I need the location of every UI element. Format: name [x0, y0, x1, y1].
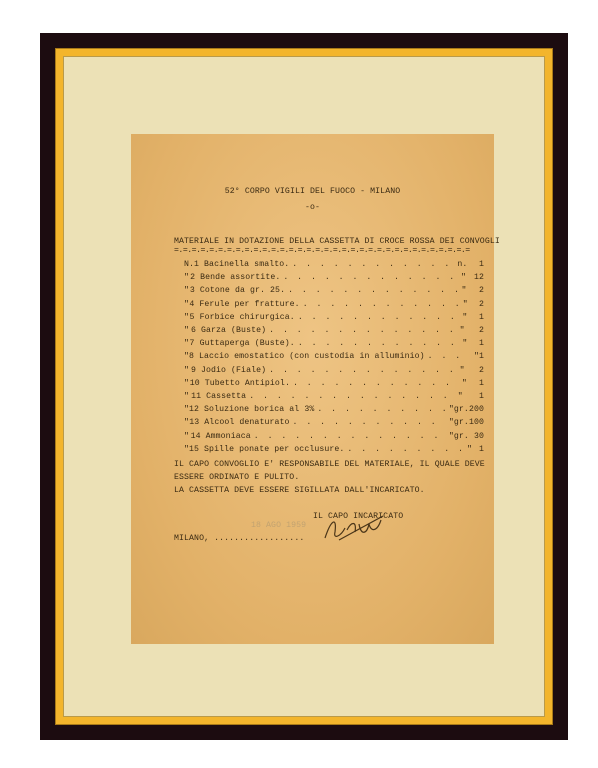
item-label: Bacinella smalto. — [204, 260, 289, 269]
item-unit: n. — [457, 260, 467, 269]
note-line: IL CAPO CONVOGLIO E' RESPONSABILE DEL MA… — [174, 458, 485, 471]
item-label: Ferule per fratture. — [199, 300, 299, 309]
leader-dots: . . . . . . . . . . . . . . . . . . . . … — [293, 418, 446, 427]
picture-frame: 52° CORPO VIGILI DEL FUOCO - MILANO -o- … — [40, 33, 568, 740]
leader-dots: . . . . . . . . . . . . . . . . . . . . … — [303, 300, 460, 309]
leader-dots: . . . . . . . . . . . . . . . . . . . . … — [269, 366, 457, 375]
leader-dots: . . . . . . . . . . . . . . . . . . . . … — [254, 432, 446, 441]
item-number: 15 — [189, 445, 199, 454]
item-quantity: gr.100 — [454, 418, 484, 427]
leader-dots: . . . . . . . . . . . . . . . . . . . . … — [288, 286, 458, 295]
item-number: 14 — [191, 432, 201, 441]
item-number: 7 — [190, 339, 195, 348]
item-quantity: 2 — [466, 286, 484, 295]
item-quantity: 1 — [467, 260, 484, 269]
item-quantity: 1 — [467, 313, 484, 322]
item-mark: " — [184, 392, 191, 401]
item-label: Guttaperga (Buste). — [200, 339, 295, 348]
item-label: Jodio (Fiale) — [201, 366, 266, 375]
item-quantity: 2 — [465, 366, 484, 375]
item-quantity: 1 — [463, 392, 484, 401]
item-label: Spille ponate per occlusure. — [204, 445, 344, 454]
document-title: MATERIALE IN DOTAZIONE DELLA CASSETTA DI… — [174, 237, 500, 246]
list-item: "2Bende assortite.. . . . . . . . . . . … — [184, 271, 484, 284]
item-number: 13 — [189, 418, 199, 427]
list-item: "4Ferule per fratture.. . . . . . . . . … — [184, 298, 484, 311]
item-number: 6 — [190, 326, 196, 335]
place-line: MILANO, .................. — [174, 534, 304, 543]
leader-dots: . . . . . . . . . . . . . . . . . . . . … — [317, 405, 446, 414]
item-quantity: 2 — [468, 300, 484, 309]
item-list: N.1Bacinella smalto.. . . . . . . . . . … — [184, 258, 484, 456]
date-stamp: 18 AGO 1959 — [251, 521, 306, 530]
typed-document: 52° CORPO VIGILI DEL FUOCO - MILANO -o- … — [131, 134, 494, 644]
leader-dots: . . . . . . . . . . . . . . . . . . . . … — [347, 445, 464, 454]
list-item: "3Cotone da gr. 25.. . . . . . . . . . .… — [184, 284, 484, 297]
item-mark: " — [184, 432, 191, 441]
item-mark: N. — [184, 260, 194, 269]
item-number: 4 — [189, 300, 194, 309]
item-label: Laccio emostatico (con custodia in allum… — [199, 352, 425, 361]
item-quantity: 2 — [465, 326, 484, 335]
list-item: "14Ammoniaca. . . . . . . . . . . . . . … — [184, 429, 484, 442]
item-label: Alcool denaturato — [204, 418, 289, 427]
title-rule: =.=.=.=.=.=.=.=.=.=.=.=.=.=.=.=.=.=.=.=.… — [174, 246, 470, 255]
note-line: LA CASSETTA DEVE ESSERE SIGILLATA DALL'I… — [174, 484, 485, 497]
leader-dots: . . . . . . . . . . . . . . . . . . . . … — [292, 260, 454, 269]
item-quantity: gr.200 — [454, 405, 484, 414]
leader-dots: . . . . . . . . . . . . . . . . . . . . … — [283, 273, 458, 282]
item-quantity: gr. 30 — [454, 432, 484, 441]
list-item: "7Guttaperga (Buste).. . . . . . . . . .… — [184, 337, 484, 350]
item-label: Ammoniaca — [206, 432, 251, 441]
leader-dots: . . . . . . . . . . . . . . . . . . . . … — [293, 379, 459, 388]
leader-dots: . . . . . . . . . . . . . . . . . . . . … — [249, 392, 455, 401]
item-number: 12 — [189, 405, 199, 414]
list-item: N.1Bacinella smalto.. . . . . . . . . . … — [184, 258, 484, 271]
item-quantity: 1 — [479, 352, 484, 361]
item-label: Cassetta — [206, 392, 246, 401]
item-label: Forbice chirurgica. — [200, 313, 295, 322]
item-quantity: 1 — [467, 379, 484, 388]
item-quantity: 1 — [467, 339, 484, 348]
item-number: 8 — [189, 352, 194, 361]
list-item: "11Cassetta. . . . . . . . . . . . . . .… — [184, 390, 484, 403]
item-label: Bende assortite. — [200, 273, 280, 282]
leader-dots: . . . . . . . . . . . . . . . . . . . . … — [428, 352, 471, 361]
document-header: 52° CORPO VIGILI DEL FUOCO - MILANO — [131, 187, 494, 196]
list-item: "15Spille ponate per occlusure.. . . . .… — [184, 443, 484, 456]
notes: IL CAPO CONVOGLIO E' RESPONSABILE DEL MA… — [174, 458, 485, 497]
item-quantity: 1 — [472, 445, 484, 454]
mat-board: 52° CORPO VIGILI DEL FUOCO - MILANO -o- … — [63, 56, 545, 717]
list-item: "12Soluzione borica al 3%. . . . . . . .… — [184, 403, 484, 416]
list-item: "6Garza (Buste). . . . . . . . . . . . .… — [184, 324, 484, 337]
item-label: Cotone da gr. 25. — [200, 286, 285, 295]
list-item: "9Jodio (Fiale). . . . . . . . . . . . .… — [184, 364, 484, 377]
leader-dots: . . . . . . . . . . . . . . . . . . . . … — [269, 326, 457, 335]
item-number: 10 — [190, 379, 200, 388]
item-label: Soluzione borica al 3% — [204, 405, 314, 414]
leader-dots: . . . . . . . . . . . . . . . . . . . . … — [298, 313, 460, 322]
header-dash: -o- — [131, 203, 494, 212]
list-item: "8Laccio emostatico (con custodia in all… — [184, 350, 484, 363]
signature-scribble — [321, 510, 391, 544]
list-item: "5Forbice chirurgica.. . . . . . . . . .… — [184, 311, 484, 324]
list-item: "10Tubetto Antipiol.. . . . . . . . . . … — [184, 377, 484, 390]
item-label: Garza (Buste) — [201, 326, 266, 335]
item-number: 1 — [194, 260, 199, 269]
item-number: 3 — [190, 286, 195, 295]
item-label: Tubetto Antipiol. — [205, 379, 290, 388]
leader-dots: . . . . . . . . . . . . . . . . . . . . … — [298, 339, 460, 348]
item-quantity: 12 — [466, 273, 484, 282]
item-number: 11 — [191, 392, 201, 401]
item-number: 2 — [190, 273, 195, 282]
item-number: 5 — [190, 313, 195, 322]
item-number: 9 — [190, 366, 196, 375]
note-line: ESSERE ORDINATO E PULITO. — [174, 471, 485, 484]
gilt-inner-frame: 52° CORPO VIGILI DEL FUOCO - MILANO -o- … — [55, 48, 553, 725]
list-item: "13Alcool denaturato. . . . . . . . . . … — [184, 416, 484, 429]
